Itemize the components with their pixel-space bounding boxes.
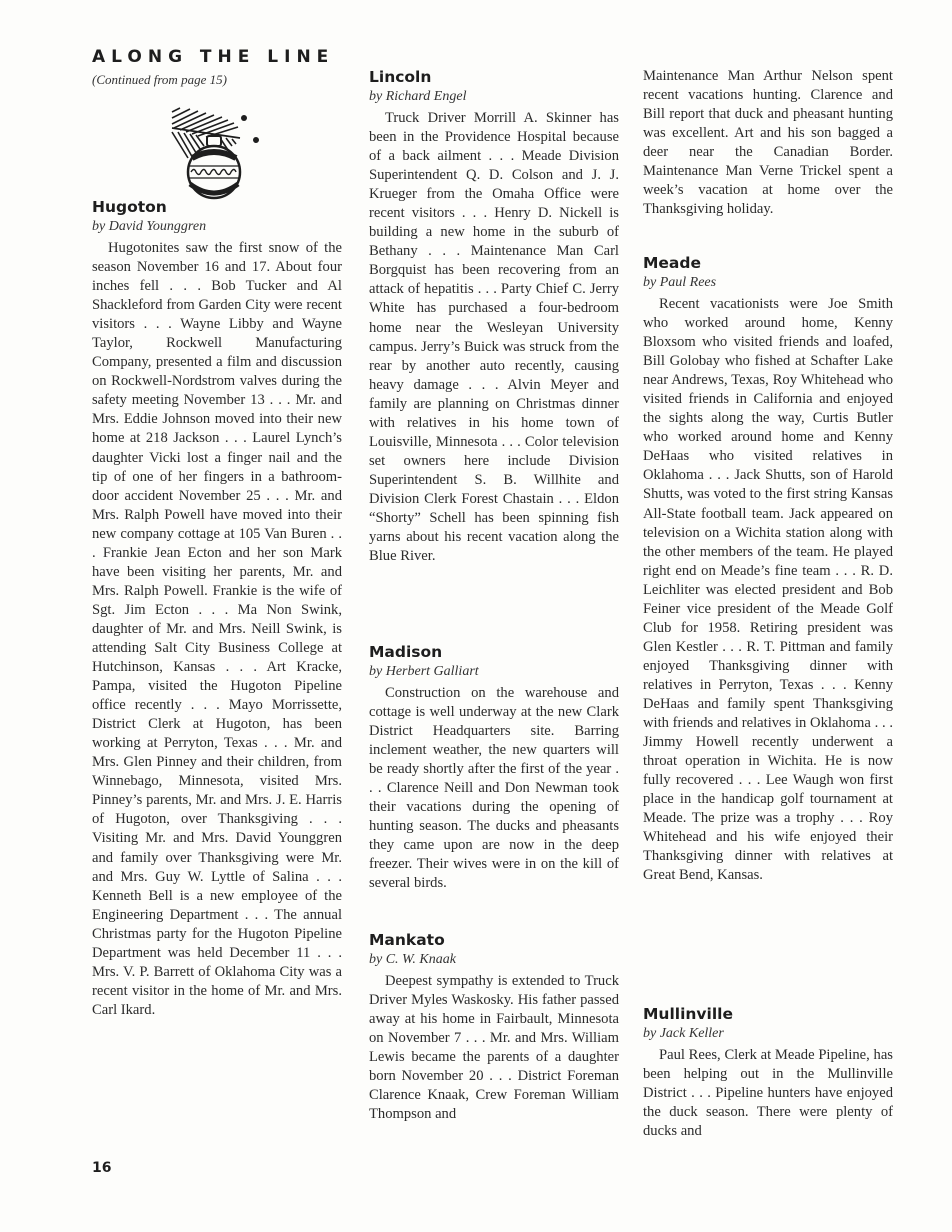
section-mankato-continued: Maintenance Man Arthur Nelson spent rece… [643,67,893,219]
section-madison: Madison by Herbert Galliart Construction… [369,642,619,894]
section-meade: Meade by Paul Rees Recent vacationists w… [643,253,893,885]
byline: by Richard Engel [369,87,619,107]
byline: by Paul Rees [643,273,893,293]
article-text: Recent vacationists were Joe Smith who w… [643,295,893,885]
article-text: Paul Rees, Clerk at Meade Pipeline, has … [643,1046,893,1141]
section-heading: Mankato [369,930,619,950]
continued-note: (Continued from page 15) [92,72,227,88]
byline: by Herbert Galliart [369,662,619,682]
article-text: Construction on the warehouse and cottag… [369,684,619,894]
article-text: Hugotonites saw the first snow of the se… [92,239,342,1020]
christmas-ornament-icon [166,106,266,202]
page-number: 16 [92,1160,111,1176]
section-heading: Hugoton [92,197,342,217]
section-heading: Madison [369,642,619,662]
byline: by Jack Keller [643,1024,893,1044]
section-lincoln: Lincoln by Richard Engel Truck Driver Mo… [369,67,619,566]
section-heading: Lincoln [369,67,619,87]
article-text: Maintenance Man Arthur Nelson spent rece… [643,67,893,219]
section-mankato: Mankato by C. W. Knaak Deepest sympathy … [369,930,619,1124]
masthead-title: ALONG THE LINE [92,47,334,67]
byline: by C. W. Knaak [369,950,619,970]
section-mullinville: Mullinville by Jack Keller Paul Rees, Cl… [643,1004,893,1141]
article-text: Truck Driver Morrill A. Skinner has been… [369,109,619,566]
section-heading: Mullinville [643,1004,893,1024]
section-hugoton: Hugoton by David Younggren Hugotonites s… [92,197,342,1020]
section-heading: Meade [643,253,893,273]
article-text: Deepest sympathy is extended to Truck Dr… [369,972,619,1124]
byline: by David Younggren [92,217,342,237]
